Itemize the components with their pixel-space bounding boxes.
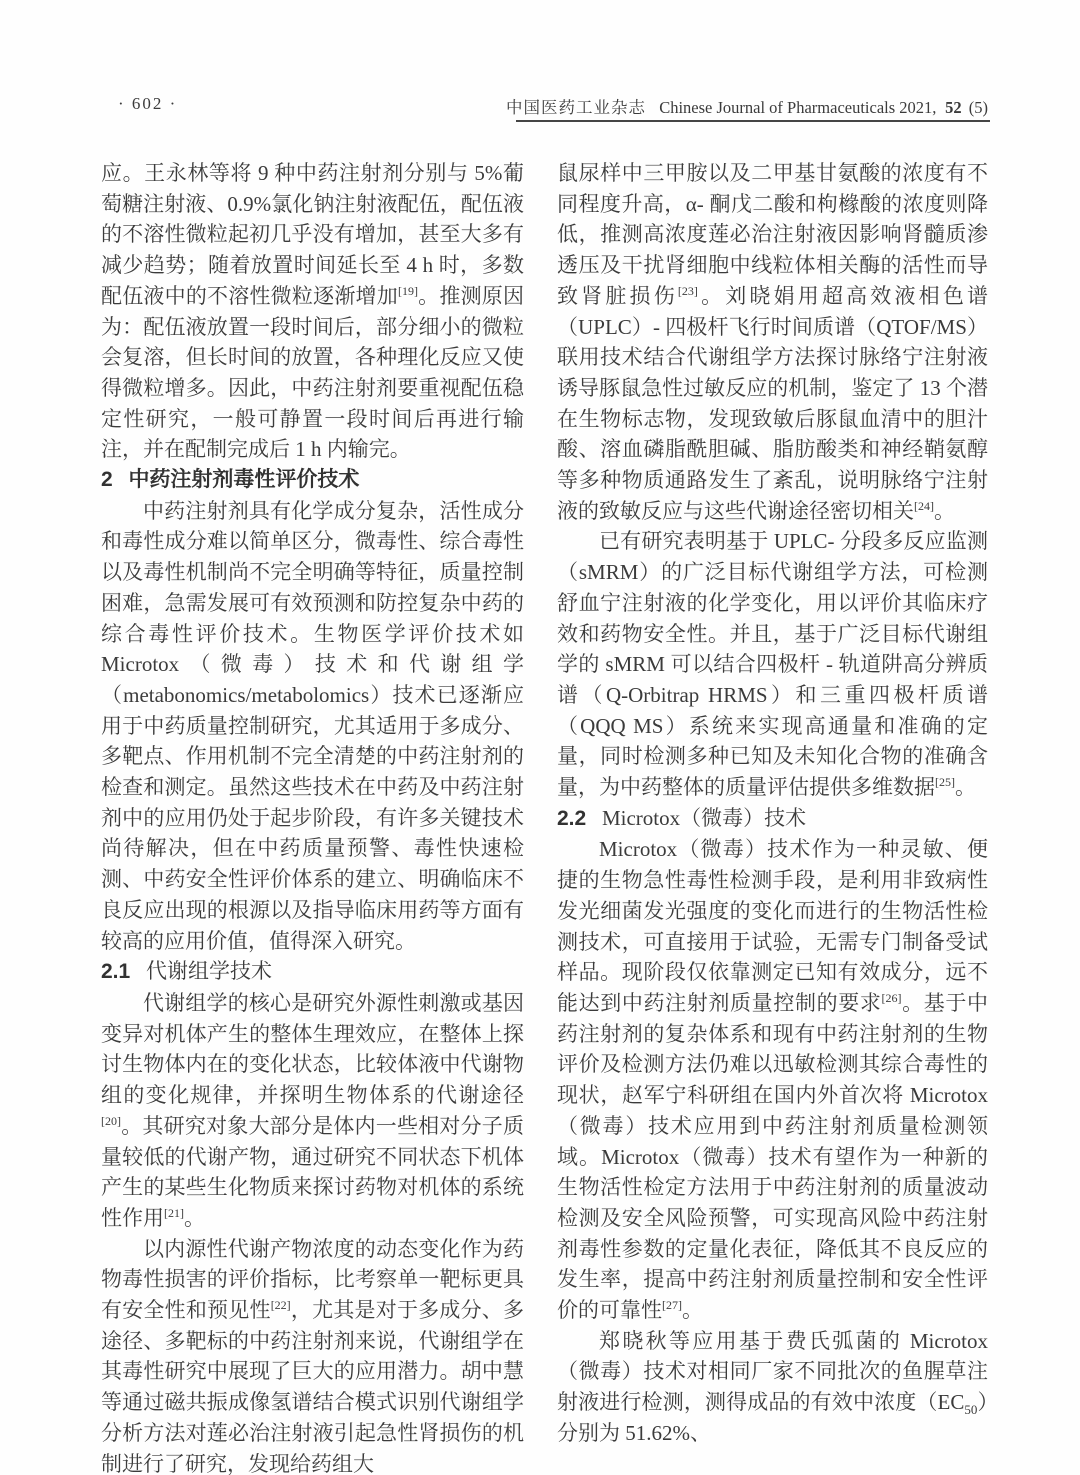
citation-ref: [22]: [271, 1298, 291, 1312]
paragraph: 鼠尿样中三甲胺以及二甲基甘氨酸的浓度有不同程度升高，α- 酮戊二酸和枸橼酸的浓度…: [557, 158, 988, 526]
header-rule: [516, 120, 990, 122]
citation-ref: [26]: [881, 991, 901, 1005]
citation-ref: [27]: [662, 1298, 682, 1312]
journal-page: · 602 · 中国医药工业杂志 Chinese Journal of Phar…: [0, 0, 1080, 1475]
paragraph: 应。王永林等将 9 种中药注射剂分别与 5%葡萄糖注射液、0.9%氯化钠注射液配…: [101, 158, 524, 465]
paragraph: Microtox（微毒）技术作为一种灵敏、便捷的生物急性毒性检测手段，是利用非致…: [557, 834, 988, 1325]
citation-ref: [20]: [101, 1114, 121, 1128]
citation-ref: [24]: [914, 499, 934, 513]
subsection-heading: 2.1代谢组学技术: [101, 956, 524, 988]
section-title: 代谢组学技术: [146, 959, 272, 983]
section-number: 2.2: [557, 807, 586, 830]
page-number: · 602 ·: [118, 94, 177, 114]
journal-volume: 52: [945, 98, 962, 117]
journal-title-en: Chinese Journal of Pharmaceuticals 2021,: [659, 98, 936, 117]
citation-ref: [21]: [164, 1206, 184, 1220]
subsection-heading: 2.2Microtox（微毒）技术: [557, 803, 988, 835]
section-heading: 2中药注射剂毒性评价技术: [101, 465, 524, 496]
citation-ref: [25]: [935, 775, 955, 789]
citation-ref: [23]: [678, 284, 698, 298]
paragraph: 中药注射剂具有化学成分复杂，活性成分和毒性成分难以简单区分，微毒性、综合毒性以及…: [101, 496, 524, 957]
paragraph: 以内源性代谢产物浓度的动态变化作为药物毒性损害的评价指标，比考察单一靶标更具有安…: [101, 1234, 524, 1475]
paragraph: 已有研究表明基于 UPLC- 分段多反应监测（sMRM）的广泛目标代谢组学方法，…: [557, 526, 988, 802]
section-number: 2: [101, 468, 113, 491]
section-title: Microtox（微毒）技术: [602, 806, 806, 830]
journal-title-cn: 中国医药工业杂志: [506, 98, 646, 117]
text-column-left: 应。王永林等将 9 种中药注射剂分别与 5%葡萄糖注射液、0.9%氯化钠注射液配…: [101, 158, 524, 1475]
journal-issue: (5): [969, 98, 988, 117]
subscript-text: 50: [964, 1402, 977, 1417]
text-column-right: 鼠尿样中三甲胺以及二甲基甘氨酸的浓度有不同程度升高，α- 酮戊二酸和枸橼酸的浓度…: [557, 158, 988, 1449]
citation-ref: [19]: [398, 284, 418, 298]
journal-header: 中国医药工业杂志 Chinese Journal of Pharmaceutic…: [506, 94, 988, 118]
section-number: 2.1: [101, 960, 130, 983]
paragraph: 代谢组学的核心是研究外源性刺激或基因变异对机体产生的整体生理效应，在整体上探讨生…: [101, 988, 524, 1234]
section-title: 中药注射剂毒性评价技术: [128, 468, 359, 491]
paragraph: 郑晓秋等应用基于费氏弧菌的 Microtox（微毒）技术对相同厂家不同批次的鱼腥…: [557, 1326, 988, 1449]
